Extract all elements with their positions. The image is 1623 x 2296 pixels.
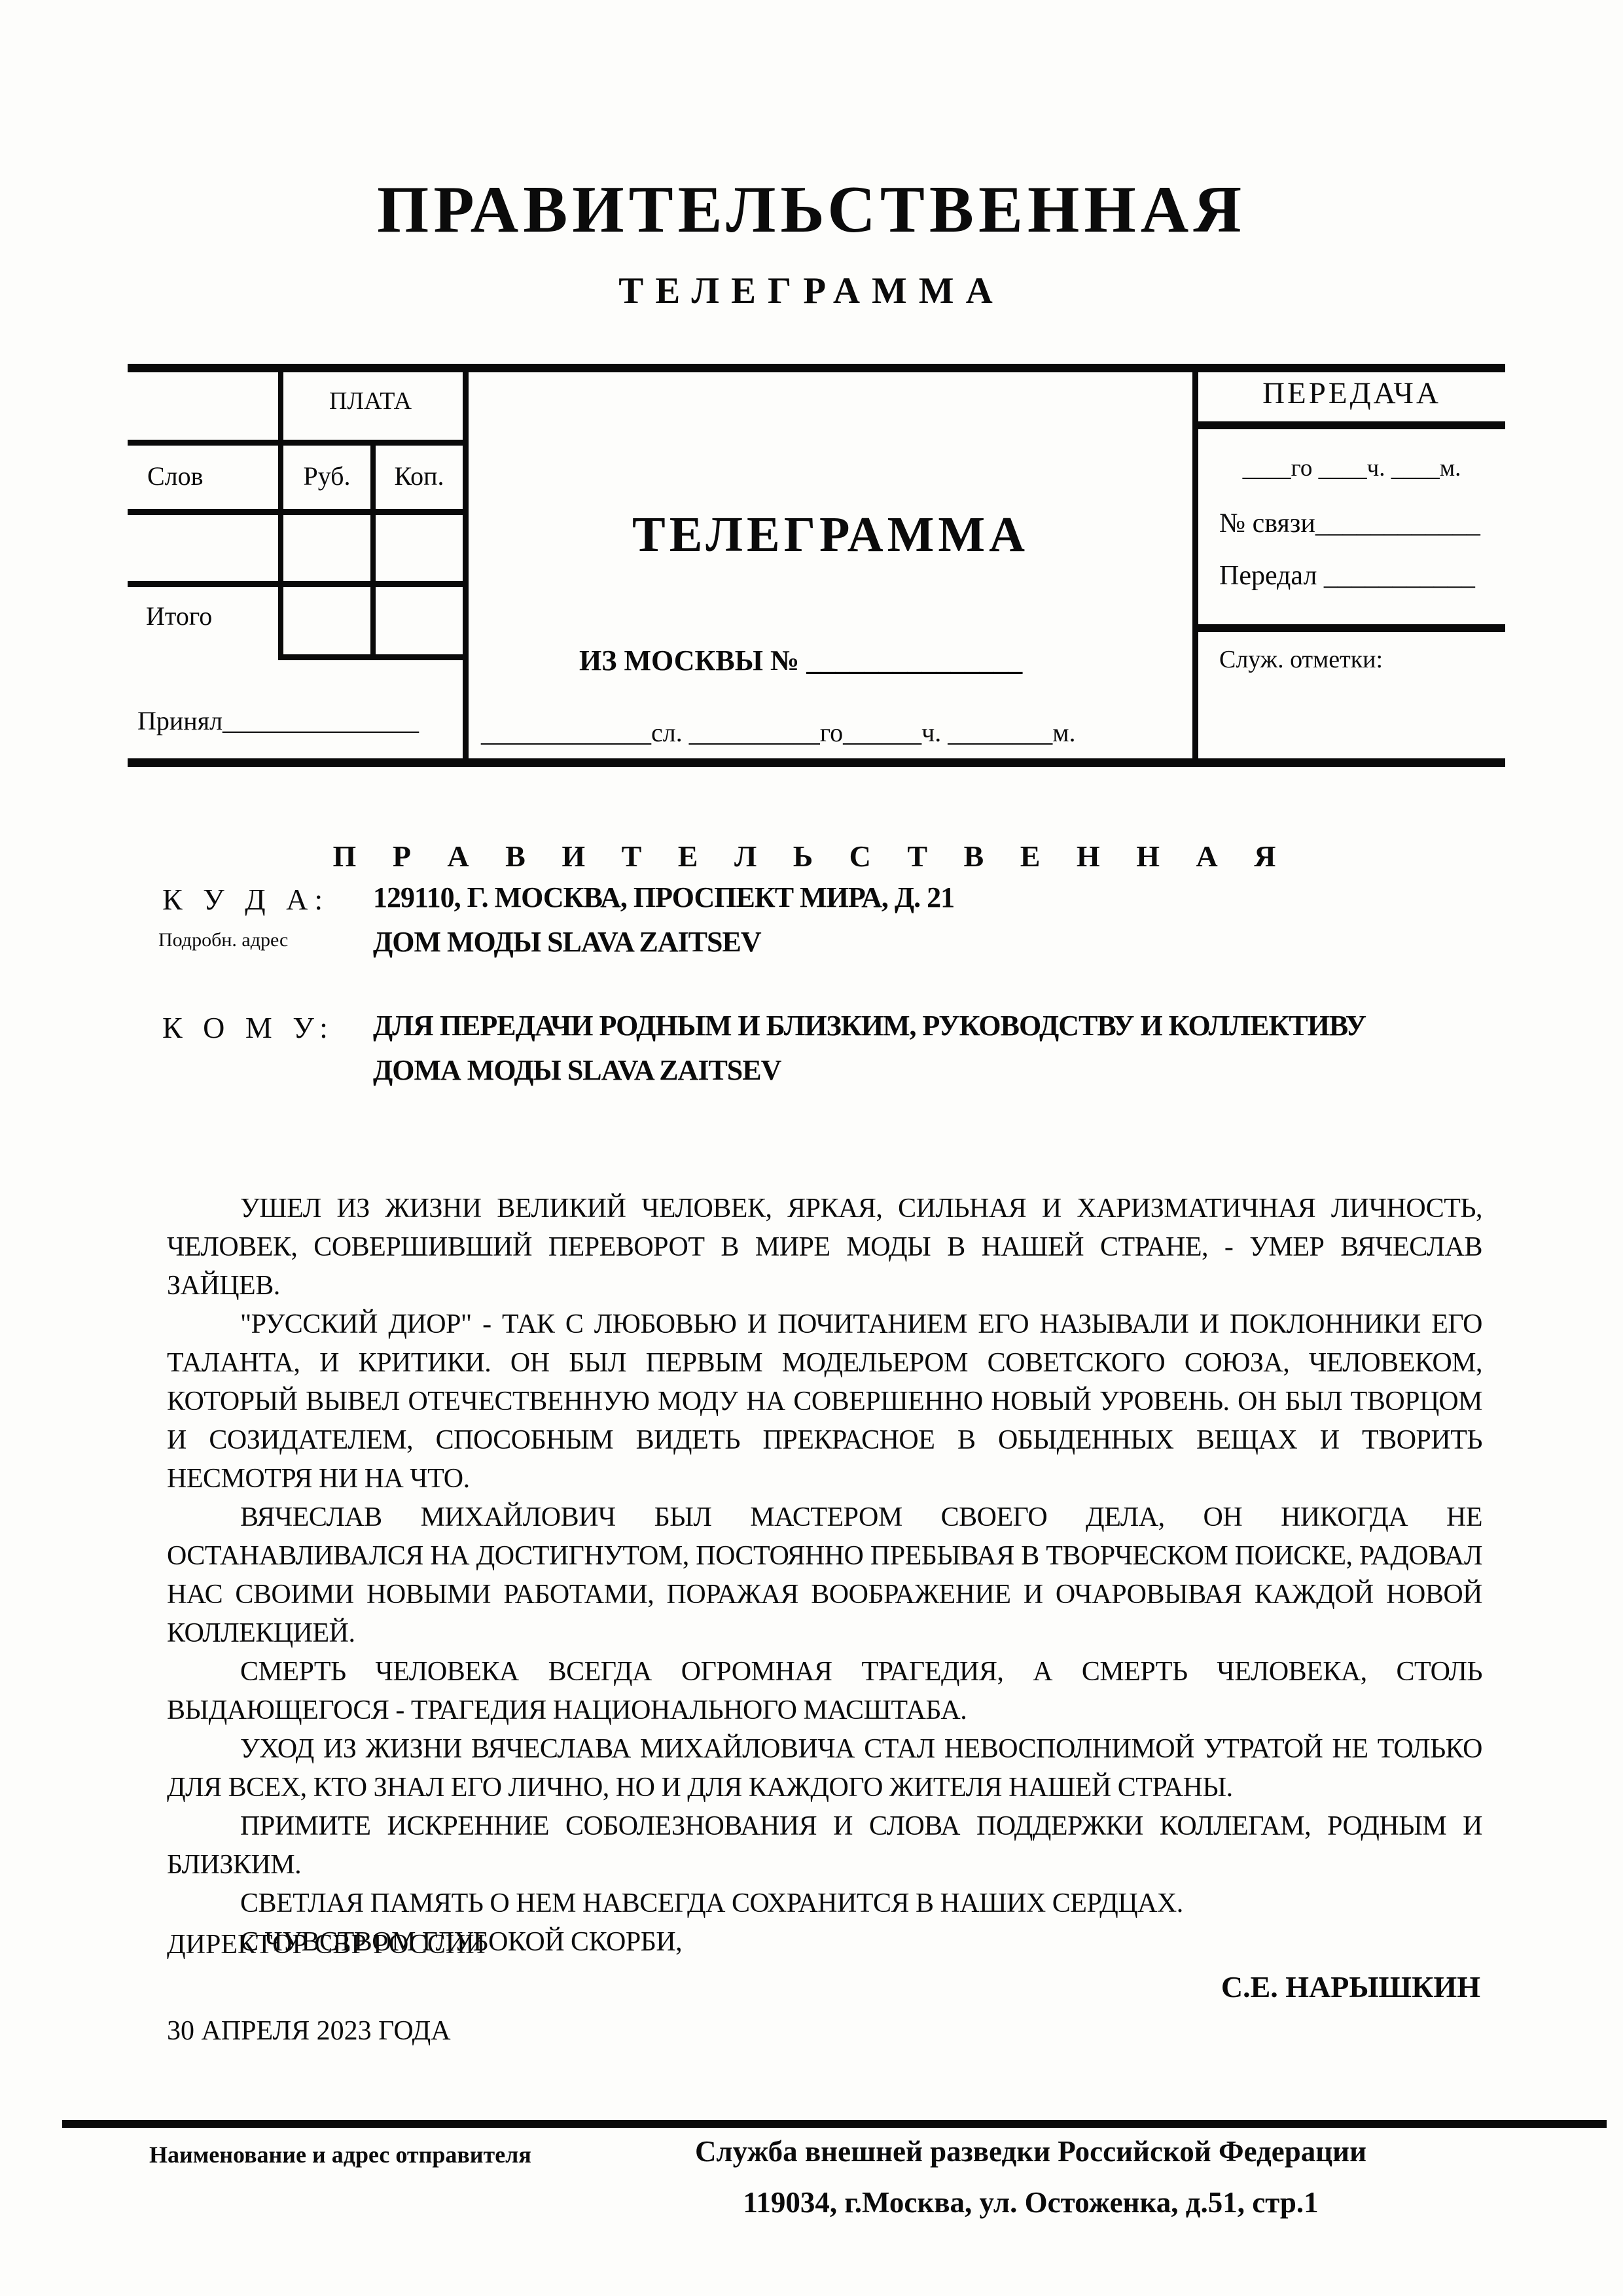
recipient-address-line1: 129110, Г. МОСКВА, ПРОСПЕКТ МИРА, Д. 21 — [373, 881, 954, 914]
transfer-header-label: ПЕРЕДАЧА — [1198, 376, 1505, 411]
service-words-time-line: _____________сл. __________го______ч. __… — [481, 717, 1076, 748]
signer-name: С.Е. НАРЫШКИН — [167, 1969, 1480, 2004]
telegram-form-title: ТЕЛЕГРАММА — [469, 506, 1192, 563]
link-number-line: № связи____________ — [1219, 508, 1480, 539]
body-paragraph: ПРИМИТЕ ИСКРЕННИЕ СОБОЛЕЗНОВАНИЯ И СЛОВА… — [167, 1807, 1482, 1884]
payment-row-line-2 — [128, 509, 463, 515]
signer-position: ДИРЕКТОР СВР РОССИИ — [167, 1929, 486, 1960]
total-label: Итого — [146, 601, 212, 631]
form-bottom-border — [128, 758, 1505, 767]
service-marks-divider — [1198, 624, 1505, 632]
plata-header-label: ПЛАТА — [278, 387, 463, 415]
words-count-label: Слов — [147, 461, 204, 491]
kuda-label: К У Д А: — [162, 882, 329, 917]
komu-label: К О М У: — [162, 1010, 334, 1045]
detailed-address-label: Подробн. адрес — [158, 929, 288, 951]
body-paragraph: СВЕТЛАЯ ПАМЯТЬ О НЕМ НАВСЕГДА СОХРАНИТСЯ… — [167, 1884, 1482, 1923]
document-title: ПРАВИТЕЛЬСТВЕННАЯ — [0, 171, 1623, 248]
transfer-header-underline — [1198, 421, 1505, 429]
telegram-form-grid: ПЛАТА Слов Руб. Коп. Итого Принял_______… — [128, 364, 1505, 767]
received-by-line: Принял_______________ — [137, 705, 419, 736]
rubles-label: Руб. — [283, 461, 370, 491]
sender-name-address-label: Наименование и адрес отправителя — [149, 2141, 531, 2168]
body-paragraph: СМЕРТЬ ЧЕЛОВЕКА ВСЕГДА ОГРОМНАЯ ТРАГЕДИЯ… — [167, 1653, 1482, 1730]
recipient-name-line1: ДЛЯ ПЕРЕДАЧИ РОДНЫМ И БЛИЗКИМ, РУКОВОДСТ… — [373, 1009, 1366, 1042]
payment-row-line-1 — [128, 440, 463, 446]
sender-organization: Служба внешней разведки Российской Федер… — [589, 2134, 1472, 2168]
body-paragraph: УШЕЛ ИЗ ЖИЗНИ ВЕЛИКИЙ ЧЕЛОВЕК, ЯРКАЯ, СИ… — [167, 1190, 1482, 1305]
plata-bottom-border — [278, 654, 469, 660]
classification-header: П Р А В И Т Е Л Ь С Т В Е Н Н А Я — [0, 839, 1623, 874]
form-divider-left-middle — [463, 364, 469, 767]
message-body: УШЕЛ ИЗ ЖИЗНИ ВЕЛИКИЙ ЧЕЛОВЕК, ЯРКАЯ, СИ… — [167, 1190, 1482, 1962]
body-paragraph: ВЯЧЕСЛАВ МИХАЙЛОВИЧ БЫЛ МАСТЕРОМ СВОЕГО … — [167, 1498, 1482, 1653]
body-paragraph: УХОД ИЗ ЖИЗНИ ВЯЧЕСЛАВА МИХАЙЛОВИЧА СТАЛ… — [167, 1730, 1482, 1807]
service-marks-label: Служ. отметки: — [1219, 645, 1383, 674]
sender-address: 119034, г.Москва, ул. Остоженка, д.51, с… — [589, 2185, 1472, 2219]
plata-left-border — [278, 372, 283, 660]
transferred-by-line: Передал ___________ — [1219, 560, 1475, 592]
transfer-time-line: ____го ____ч. ____м. — [1198, 454, 1505, 482]
kopecks-label: Коп. — [376, 461, 463, 491]
footer-divider-line — [62, 2120, 1607, 2128]
plata-middle-border — [370, 440, 376, 660]
form-top-border — [128, 364, 1505, 372]
form-divider-middle-right — [1192, 364, 1198, 767]
signature-date: 30 АПРЕЛЯ 2023 ГОДА — [167, 2015, 451, 2047]
from-moscow-number-line: ИЗ МОСКВЫ № _______________ — [579, 644, 1022, 677]
body-paragraph: "РУССКИЙ ДИОР" - ТАК С ЛЮБОВЬЮ И ПОЧИТАН… — [167, 1305, 1482, 1498]
recipient-name-line2: ДОМА МОДЫ SLAVA ZAITSEV — [373, 1053, 781, 1087]
recipient-address-line2: ДОМ МОДЫ SLAVA ZAITSEV — [373, 925, 761, 959]
payment-row-line-3 — [128, 581, 463, 587]
document-subtitle: ТЕЛЕГРАММА — [0, 270, 1623, 312]
telegram-document: ПРАВИТЕЛЬСТВЕННАЯ ТЕЛЕГРАММА ПЛАТА Слов … — [0, 0, 1623, 2296]
